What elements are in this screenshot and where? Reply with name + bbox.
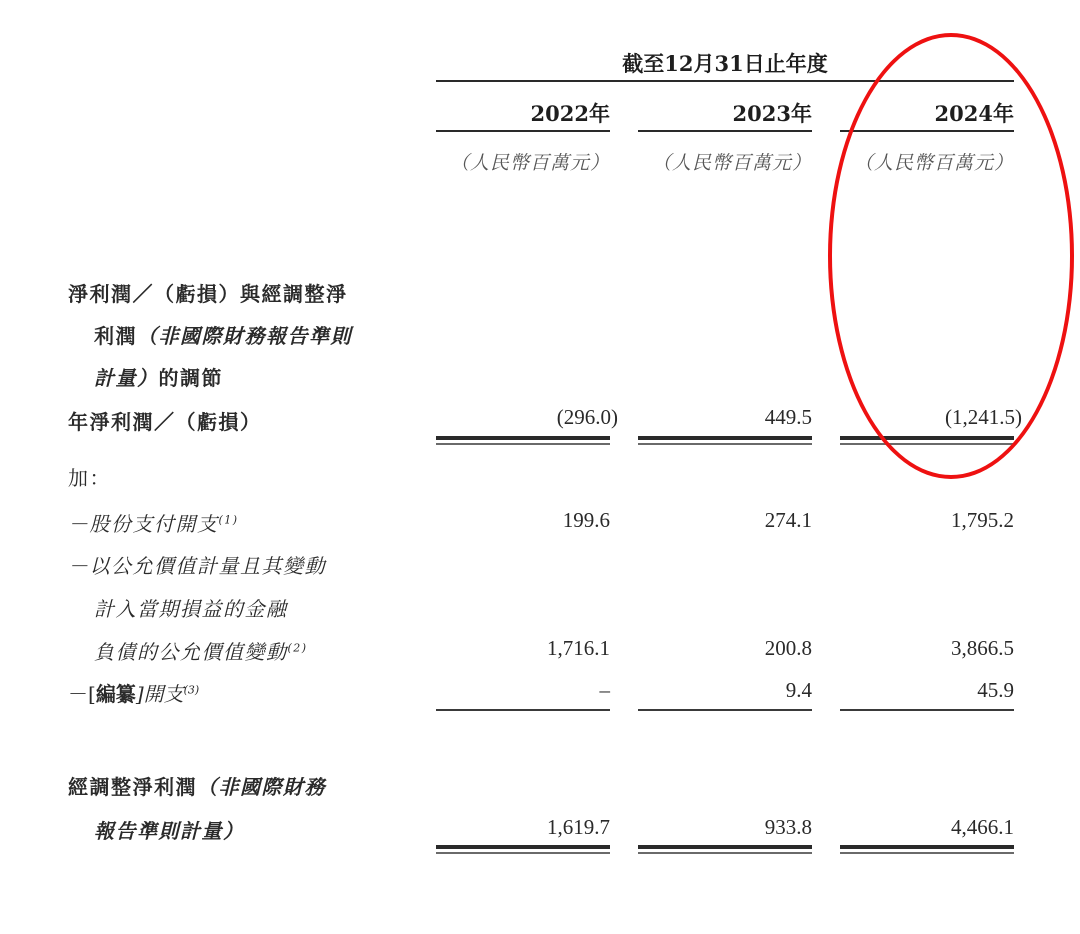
reconciliation-title-line1: 淨利潤／（虧損）與經調整淨 <box>68 278 348 307</box>
adjusted-net-profit-line1: 經調整淨利潤（非國際財務 <box>68 771 326 800</box>
title-text-italic: （非國際財務報告準則 <box>137 324 352 348</box>
title-text: 的調節 <box>159 366 224 390</box>
year-2023-header: 2023年 <box>638 98 812 128</box>
redacted-expense-label: －[編纂]開支(3) <box>68 678 199 707</box>
header-rule <box>436 80 1014 82</box>
fair-value-2024: 3,866.5 <box>840 636 1014 661</box>
year-rule <box>638 130 812 132</box>
adjusted-text-italic: （非國際財務 <box>197 775 326 799</box>
adjusted-net-profit-2022: 1,619.7 <box>436 815 610 840</box>
unit-label: （人民幣百萬元） <box>436 148 610 175</box>
reconciliation-title-line2: 利潤（非國際財務報告準則 <box>94 320 352 349</box>
fair-value-line3: 負債的公允價值變動(2) <box>94 636 308 665</box>
double-underline <box>436 436 610 440</box>
share-based-2023: 274.1 <box>638 508 812 533</box>
expense-text: ]開支 <box>136 682 184 706</box>
double-underline <box>436 845 610 849</box>
adjusted-text: 經調整淨利潤 <box>68 775 197 799</box>
share-based-2022: 199.6 <box>436 508 610 533</box>
redacted-expense-2023: 9.4 <box>638 678 812 703</box>
share-based-label: －股份支付開支(1) <box>68 508 239 537</box>
year-2022-header: 2022年 <box>436 98 610 128</box>
net-profit-2024: (1,241.5) <box>840 405 1022 430</box>
share-based-2024: 1,795.2 <box>840 508 1014 533</box>
subtotal-rule <box>638 709 812 711</box>
add-label: 加： <box>68 462 111 491</box>
adjusted-net-profit-2024: 4,466.1 <box>840 815 1014 840</box>
redacted-expense-2022: – <box>436 678 610 703</box>
adjusted-net-profit-line2: 報告準則計量） <box>94 815 245 844</box>
share-based-text: －股份支付開支 <box>68 512 219 536</box>
year-rule <box>840 130 1014 132</box>
net-profit-label: 年淨利潤／（虧損） <box>68 406 262 435</box>
net-profit-2022: (296.0) <box>436 405 618 430</box>
footnote-ref: (1) <box>219 513 239 526</box>
subtotal-rule <box>840 709 1014 711</box>
fair-value-line2: 計入當期損益的金融 <box>94 593 288 622</box>
redacted-text: 編纂 <box>96 682 136 706</box>
double-underline <box>638 436 812 440</box>
year-2024-header: 2024年 <box>840 98 1014 128</box>
double-underline <box>840 436 1014 440</box>
subtotal-rule <box>436 709 610 711</box>
year-rule <box>436 130 610 132</box>
adjusted-net-profit-2023: 933.8 <box>638 815 812 840</box>
net-profit-2023: 449.5 <box>638 405 812 430</box>
period-header: 截至12月31日止年度 <box>436 48 1014 78</box>
unit-label: （人民幣百萬元） <box>840 148 1014 175</box>
fair-value-line1: －以公允價值計量且其變動 <box>68 550 326 579</box>
reconciliation-title-line3: 計量）的調節 <box>94 362 223 391</box>
fair-value-2023: 200.8 <box>638 636 812 661</box>
redacted-expense-2024: 45.9 <box>840 678 1014 703</box>
footnote-ref: (3) <box>184 683 200 696</box>
bracket-text: －[ <box>68 682 96 706</box>
title-text: 利潤 <box>94 324 137 348</box>
footnote-ref: (2) <box>288 641 308 654</box>
fair-value-2022: 1,716.1 <box>436 636 610 661</box>
double-underline <box>638 845 812 849</box>
title-text-italic: 計量） <box>94 366 159 390</box>
unit-label: （人民幣百萬元） <box>638 148 812 175</box>
fair-value-text: 負債的公允價值變動 <box>94 640 288 664</box>
double-underline <box>840 845 1014 849</box>
